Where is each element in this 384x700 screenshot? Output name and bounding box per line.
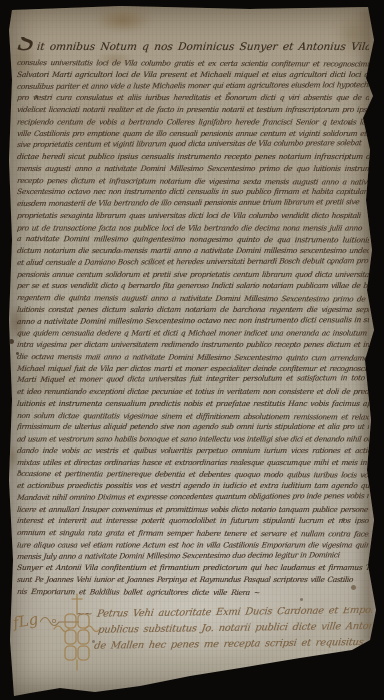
manuscript-line: videlicet licenciati notarii realiter et… <box>17 104 369 116</box>
manuscript-line: Marti Miquel et moner quod dicta univers… <box>17 372 369 386</box>
manuscript-line: mixtas utiles et directas ordinarias has… <box>17 457 369 469</box>
manuscript-line: et aliud censuale a Damiano Bosch scilic… <box>17 255 369 269</box>
parchment-sheet: Sit omnibus Notum q nos Dominicus Sunyer… <box>0 0 384 700</box>
manuscript-line: recipiendo centum de vobis a bertrando C… <box>17 116 369 128</box>
manuscript-line: interest et intererit aut interesse pote… <box>17 515 369 527</box>
manuscript-line: pro ut de transactione facta nos publice… <box>17 222 369 234</box>
manuscript-line: pensionis annue centum solidorum et pret… <box>17 269 369 281</box>
manuscript-line: mensis July anno a nativitate Domini Mil… <box>17 549 369 563</box>
manuscript-line: proprietatis sexaginta librarum quas uni… <box>17 210 369 222</box>
manuscript-line: eiusdem monasterii de Vila bertrando de … <box>17 196 369 210</box>
manuscript-line: per se et suos vendidit dicto q bernardo… <box>17 280 369 292</box>
manuscript-line: luitionis et instrumenta censualium pred… <box>17 398 369 410</box>
manuscript-line: consulibus pariter et anno vide a luste … <box>17 79 369 93</box>
scan-background: Sit omnibus Notum q nos Dominicus Sunyer… <box>0 0 384 700</box>
manuscript-line: anno a nativitate Domini millesimo Sexce… <box>17 314 369 328</box>
manuscript-line: ad usum et vestrorum sano habilis bonoqu… <box>17 434 369 446</box>
manuscript-line: Sit omnibus Notum q nos Dominicus Sunyer… <box>17 37 369 57</box>
manuscript-line: Sunyer et Antonii Vila confitentium et f… <box>17 562 369 574</box>
notary-paraph-label: fLg <box>12 610 40 632</box>
attestation-line: de Mallen hec penes me recepta scripsi e… <box>76 635 372 655</box>
manuscript-line: sive proprietatis centum et viginti libr… <box>17 137 369 151</box>
manuscript-line: intra vigesima per dictam universitatem … <box>17 339 369 351</box>
manuscript-text-block: Sit omnibus Notum q nos Dominicus Sunyer… <box>17 37 369 599</box>
manuscript-line: sunt Pe Joannes Vehi iunior et Joannes P… <box>17 574 369 586</box>
ink-specks <box>0 0 3 3</box>
stain-top-center <box>86 4 160 36</box>
notary-attestation-block: ~~ Petrus Vehi auctoritate Exmi Ducis Ca… <box>76 607 372 655</box>
manuscript-line: mensis augusti anno a nativitate Domini … <box>17 163 369 175</box>
manuscript-line: que quidem censualia dedere q Marti et d… <box>17 328 369 340</box>
manuscript-line: pro vestri cura consulatus et aliis iuri… <box>17 92 369 104</box>
manuscript-line: omnium et singula rata grata et firmam s… <box>17 527 369 540</box>
manuscript-line: dando inde vobis ac vestris et quibus vo… <box>17 445 369 457</box>
manuscript-line: firmissimum de ulterius aliquid petendo … <box>17 421 369 433</box>
manuscript-line: dictae heredi sicut publico ipsius censu… <box>17 151 369 163</box>
manuscript-line: et ideo renuntiando exceptioni dictae pe… <box>17 386 369 398</box>
manuscript-line: licere et annullari Insuper convenimus e… <box>17 504 369 516</box>
manuscript-line: Mandavit nihil omnino Diximus et express… <box>17 490 369 504</box>
